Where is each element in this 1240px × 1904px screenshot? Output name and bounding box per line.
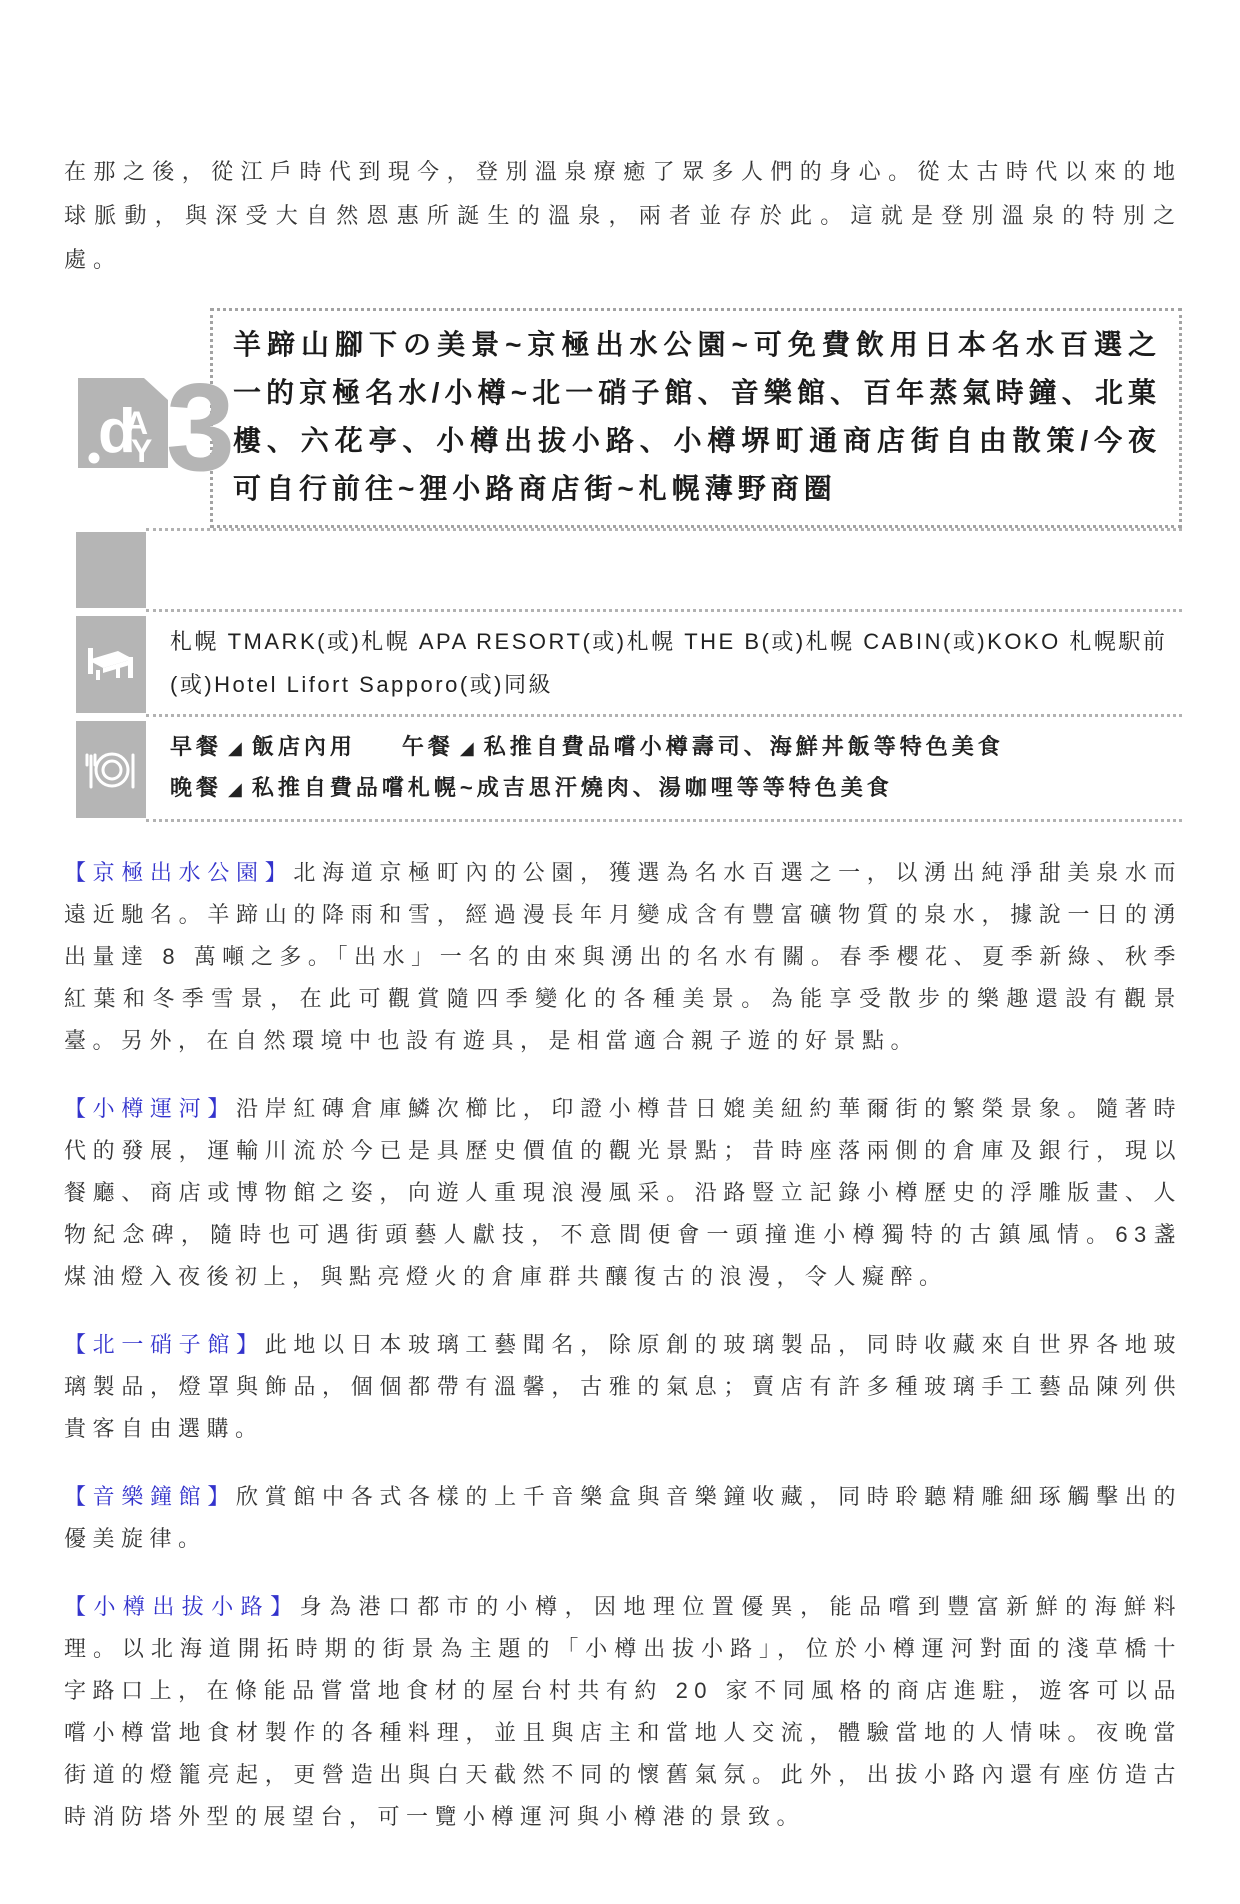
transport-row	[76, 528, 1182, 612]
meals-line-1: 早餐◢飯店內用午餐◢私推自費品嚐小樽壽司、海鮮丼飯等特色美食	[170, 727, 1182, 768]
section-body: 北海道京極町內的公園，獲選為名水百選之一，以湧出純淨甜美泉水而遠近馳名。羊蹄山的…	[64, 860, 1182, 1053]
meals-text: 早餐◢飯店內用午餐◢私推自費品嚐小樽壽司、海鮮丼飯等特色美食 晚餐◢私推自費品嚐…	[146, 717, 1182, 822]
meals-row: 早餐◢飯店內用午餐◢私推自費品嚐小樽壽司、海鮮丼飯等特色美食 晚餐◢私推自費品嚐…	[76, 717, 1182, 822]
section-otaru-canal: 【小樽運河】沿岸紅磚倉庫鱗次櫛比，印證小樽昔日媲美紐約華爾街的繁榮景象。隨著時代…	[64, 1088, 1182, 1298]
dinner-label: 晚餐	[170, 775, 222, 800]
section-otaru-denuki-koji: 【小樽出拔小路】身為港口都市的小樽，因地理位置優異，能品嚐到豐富新鮮的海鮮料理。…	[64, 1586, 1182, 1838]
section-kitaichi-glass: 【北一硝子館】此地以日本玻璃工藝聞名，除原創的玻璃製品，同時收藏來自世界各地玻璃…	[64, 1324, 1182, 1450]
attraction-sections: 【京極出水公園】北海道京極町內的公園，獲選為名水百選之一，以湧出純淨甜美泉水而遠…	[64, 852, 1182, 1838]
meals-line-2: 晚餐◢私推自費品嚐札幌~成吉思汗燒肉、湯咖哩等等特色美食	[170, 768, 1182, 809]
section-title: 【北一硝子館】	[64, 1332, 265, 1357]
section-title: 【音樂鐘館】	[64, 1484, 236, 1509]
triangle-marker-icon: ◢	[228, 779, 242, 799]
section-title: 【京極出水公園】	[64, 860, 293, 885]
day-letter-y: Y	[131, 433, 152, 469]
bed-icon	[76, 616, 146, 713]
section-title: 【小樽運河】	[64, 1096, 236, 1121]
lunch-label: 午餐	[402, 734, 454, 759]
day3-logo-icon: d A Y 3	[78, 366, 254, 482]
hotel-text: 札幌 TMARK(或)札幌 APA RESORT(或)札幌 THE B(或)札幌…	[146, 612, 1182, 717]
day3-logo: d A Y 3	[78, 366, 254, 482]
section-body: 沿岸紅磚倉庫鱗次櫛比，印證小樽昔日媲美紐約華爾街的繁榮景象。隨著時代的發展，運輸…	[64, 1096, 1182, 1289]
section-kyogoku-park: 【京極出水公園】北海道京極町內的公園，獲選為名水百選之一，以湧出純淨甜美泉水而遠…	[64, 852, 1182, 1062]
section-music-box-hall: 【音樂鐘館】欣賞館中各式各樣的上千音樂盒與音樂鐘收藏，同時聆聽精雕細琢觸擊出的優…	[64, 1476, 1182, 1560]
hotel-row: 札幌 TMARK(或)札幌 APA RESORT(或)札幌 THE B(或)札幌…	[76, 612, 1182, 717]
triangle-marker-icon: ◢	[228, 738, 242, 758]
intro-paragraph: 在那之後，從江戶時代到現今，登別溫泉療癒了眾多人們的身心。從太古時代以來的地球脈…	[64, 150, 1182, 282]
breakfast-value: 飯店內用	[252, 734, 356, 759]
day-info-rows: 札幌 TMARK(或)札幌 APA RESORT(或)札幌 THE B(或)札幌…	[76, 528, 1182, 822]
section-body: 身為港口都市的小樽，因地理位置優異，能品嚐到豐富新鮮的海鮮料理。以北海道開拓時期…	[64, 1594, 1182, 1829]
dinner-value: 私推自費品嚐札幌~成吉思汗燒肉、湯咖哩等等特色美食	[252, 775, 893, 800]
transport-icon-placeholder	[76, 532, 146, 608]
day3-header-block: d A Y 3 羊蹄山腳下の美景~京極出水公園~可免費飲用日本名水百選之一的京極…	[64, 308, 1182, 528]
breakfast-label: 早餐	[170, 734, 222, 759]
triangle-marker-icon: ◢	[460, 738, 474, 758]
transport-row-content	[146, 528, 1182, 612]
day-number: 3	[166, 366, 235, 482]
lunch-value: 私推自費品嚐小樽壽司、海鮮丼飯等特色美食	[484, 734, 1004, 759]
itinerary-page: 在那之後，從江戶時代到現今，登別溫泉療癒了眾多人們的身心。從太古時代以來的地球脈…	[0, 0, 1240, 1904]
day-title-box: 羊蹄山腳下の美景~京極出水公園~可免費飲用日本名水百選之一的京極名水/小樽~北一…	[210, 308, 1182, 528]
section-title: 【小樽出拔小路】	[64, 1594, 300, 1619]
restaurant-icon	[76, 721, 146, 818]
